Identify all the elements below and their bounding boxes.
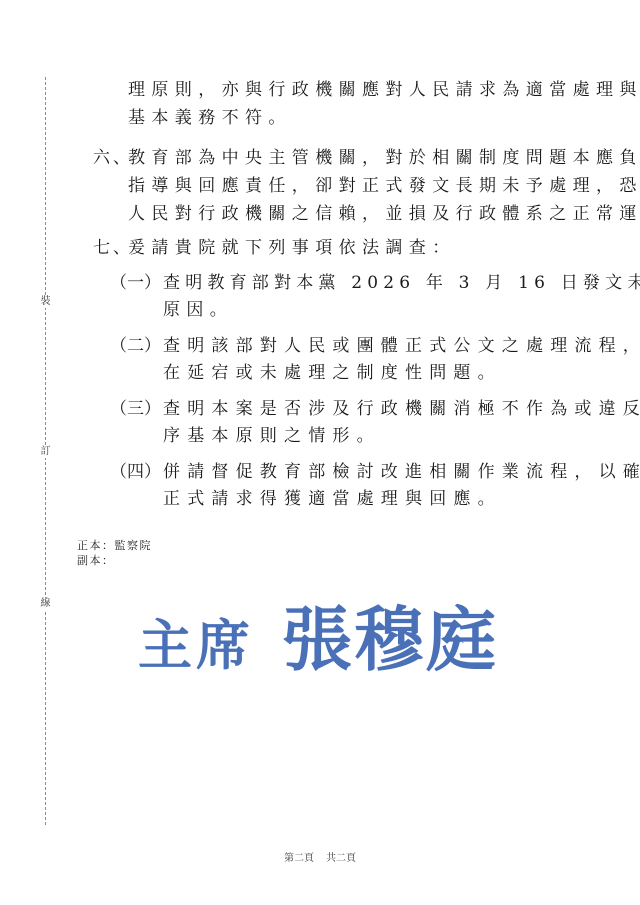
text-line: 併請督促教育部檢討改進相關作業流程，以確保人民 [163, 461, 640, 483]
page-total: 共二頁 [326, 853, 356, 864]
text-line: 查明該部對人民或團體正式公文之處理流程，是否存 [163, 335, 640, 357]
page-number: 第二頁 [284, 853, 314, 864]
text-line: 基本義務不符。 [128, 107, 292, 129]
text-line: 正式請求得獲適當處理與回應。 [163, 488, 502, 510]
text-line: 在延宕或未處理之制度性問題。 [163, 362, 502, 384]
item-marker: 七、 [93, 237, 133, 259]
text-line: 查明教育部對本黨 2026 年 3 月 16 日發文未予回覆之 [163, 272, 640, 294]
page-footer: 第二頁共二頁 [0, 852, 640, 866]
subitem-marker: （一） [110, 272, 161, 294]
binding-label-zhuang: 裝 [38, 296, 53, 308]
binding-label-ding: 訂 [38, 446, 53, 458]
text-line: 教育部為中央主管機關，對於相關制度問題本應負有政策 [128, 147, 640, 169]
text-line: 理原則，亦與行政機關應對人民請求為適當處理與回應之 [128, 79, 640, 101]
original-recipient: 正本：監察院 [77, 539, 152, 553]
subitem-marker: （四） [110, 461, 161, 483]
text-line: 查明本案是否涉及行政機關消極不作為或違反行政程 [163, 398, 640, 420]
text-line: 序基本原則之情形。 [163, 425, 381, 447]
text-line: 指導與回應責任，卻對正式發文長期未予處理，恐將影響 [128, 175, 640, 197]
signature-title-stamp: 主席 [138, 612, 254, 678]
signature-name-stamp: 張穆庭 [282, 598, 498, 682]
copy-recipient: 副本： [77, 554, 115, 568]
subitem-marker: （三） [110, 398, 161, 420]
item-marker: 六、 [93, 147, 133, 169]
binding-label-xian: 線 [38, 598, 53, 610]
text-line: 原因。 [163, 299, 233, 321]
text-line: 人民對行政機關之信賴，並損及行政體系之正常運作。 [128, 203, 640, 225]
text-line: 爰請貴院就下列事項依法調查： [128, 237, 456, 259]
subitem-marker: （二） [110, 335, 161, 357]
